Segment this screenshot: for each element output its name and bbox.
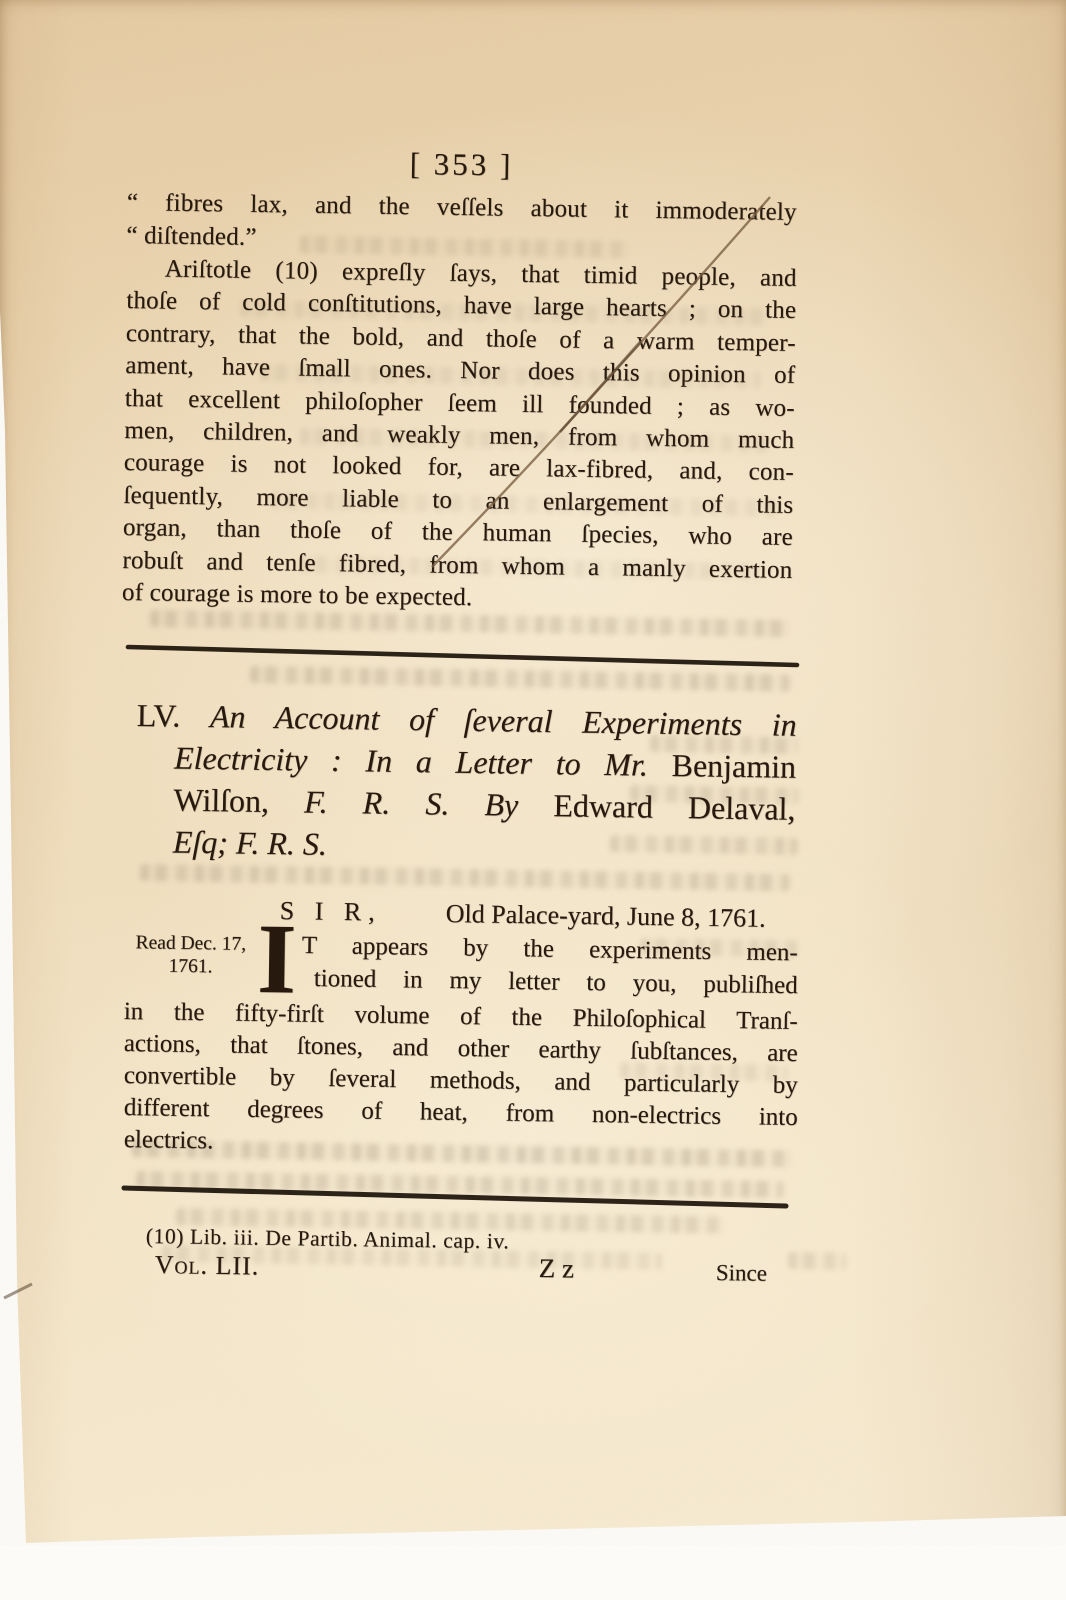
catchword: Since [716,1260,767,1287]
heading-roman-text: Benjamin [671,747,796,785]
volume-label: Vol. LII. [155,1250,260,1282]
heading-italic-text: F. R. S. [304,783,450,821]
ghost-line [788,1252,846,1270]
signature-mark: Z z [539,1253,575,1285]
body-paragraph: Ariſtotle (10) expreſly ſays, that timid… [122,255,797,621]
heading-roman-text: Edward Delaval, [553,787,796,827]
article-number: LV. [136,697,180,734]
drop-cap: I [257,918,297,1001]
margin-note-line: 1761. [117,954,263,979]
heading-italic-text: An Account of ſeveral Experiments in [210,698,797,743]
dateline: Old Palace-yard, June 8, 1761. [446,899,766,934]
margin-note: Read Dec. 17, 1761. [117,931,264,979]
quotation-paragraph: “ fibres lax, and the veſſels about it i… [126,189,797,265]
heading-roman-text: Wilſon, [173,782,269,819]
article-heading: LV. An Account of ſeveral Experiments in… [135,697,797,875]
heading-italic-text: Electricity : In a Letter to Mr. [174,740,648,783]
page-number: [ 353 ] [409,146,513,184]
heading-italic-text: By [484,786,518,822]
margin-note-line: Read Dec. 17, [118,931,264,956]
scanned-page: [ 353 ] “ fibres lax, and the veſſels ab… [0,0,1066,1600]
